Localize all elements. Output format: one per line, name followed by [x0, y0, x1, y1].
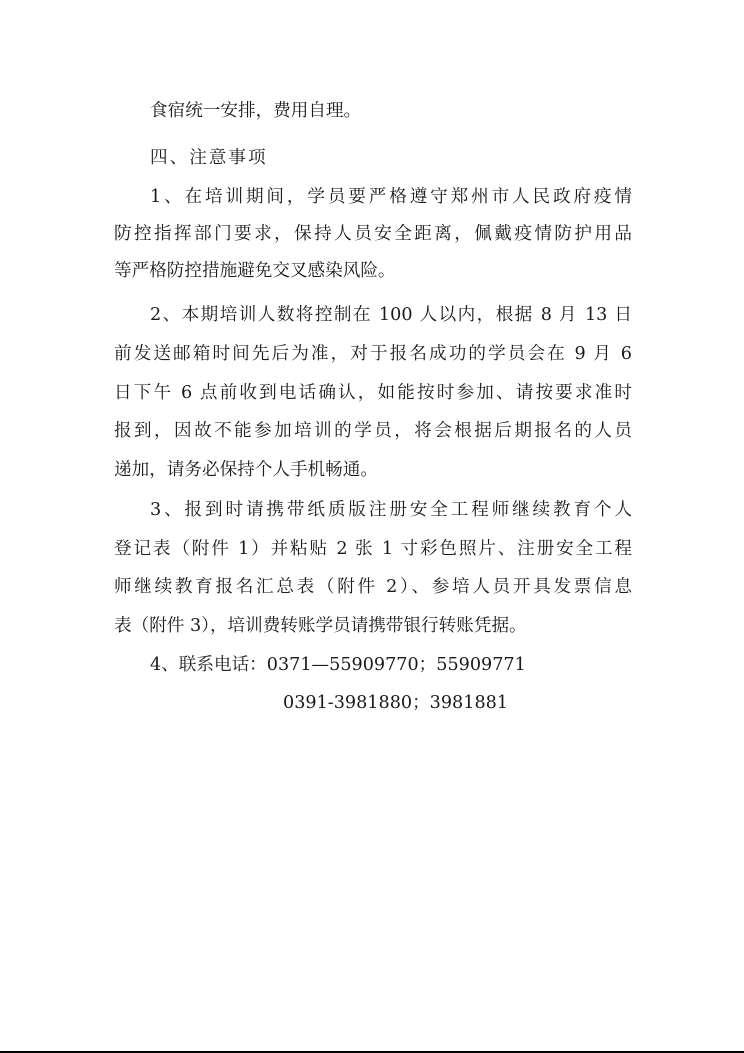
section-heading: 四、注意事项: [150, 146, 268, 170]
item1-line3: 等严格防控措施避免交叉感染风险。: [114, 259, 632, 283]
item2-line5: 递加，请务必保持个人手机畅通。: [114, 458, 632, 482]
item3-line2: 登记表（附件 1）并粘贴 2 张 1 寸彩色照片、注册安全工程: [114, 537, 632, 561]
item1-line1: 1、在培训期间，学员要严格遵守郑州市人民政府疫情: [150, 185, 632, 209]
item3-line4: 表（附件 3），培训费转账学员请携带银行转账凭据。: [114, 614, 632, 638]
item1-line2: 防控指挥部门要求，保持人员安全距离，佩戴疫情防护用品: [114, 222, 632, 246]
document-page: 食宿统一安排，费用自理。 四、注意事项 1、在培训期间，学员要严格遵守郑州市人民…: [0, 0, 744, 1053]
accommodation-line: 食宿统一安排，费用自理。: [150, 99, 632, 123]
item2-line1: 2、本期培训人数将控制在 100 人以内，根据 8 月 13 日: [150, 303, 632, 327]
item3-line1: 3、报到时请携带纸质版注册安全工程师继续教育个人: [150, 498, 632, 522]
item3-line3: 师继续教育报名汇总表（附件 2）、参培人员开具发票信息: [114, 575, 632, 599]
contact-phone-line1: 4、联系电话：0371—55909770；55909771: [150, 653, 526, 677]
item2-line4: 报到，因故不能参加培训的学员，将会根据后期报名的人员: [114, 419, 632, 443]
item2-line3: 日下午 6 点前收到电话确认，如能按时参加、请按要求准时: [114, 381, 632, 405]
item2-line2: 前发送邮箱时间先后为准，对于报名成功的学员会在 9 月 6: [114, 342, 632, 366]
contact-phone-line2: 0391-3981880；3981881: [283, 691, 508, 715]
